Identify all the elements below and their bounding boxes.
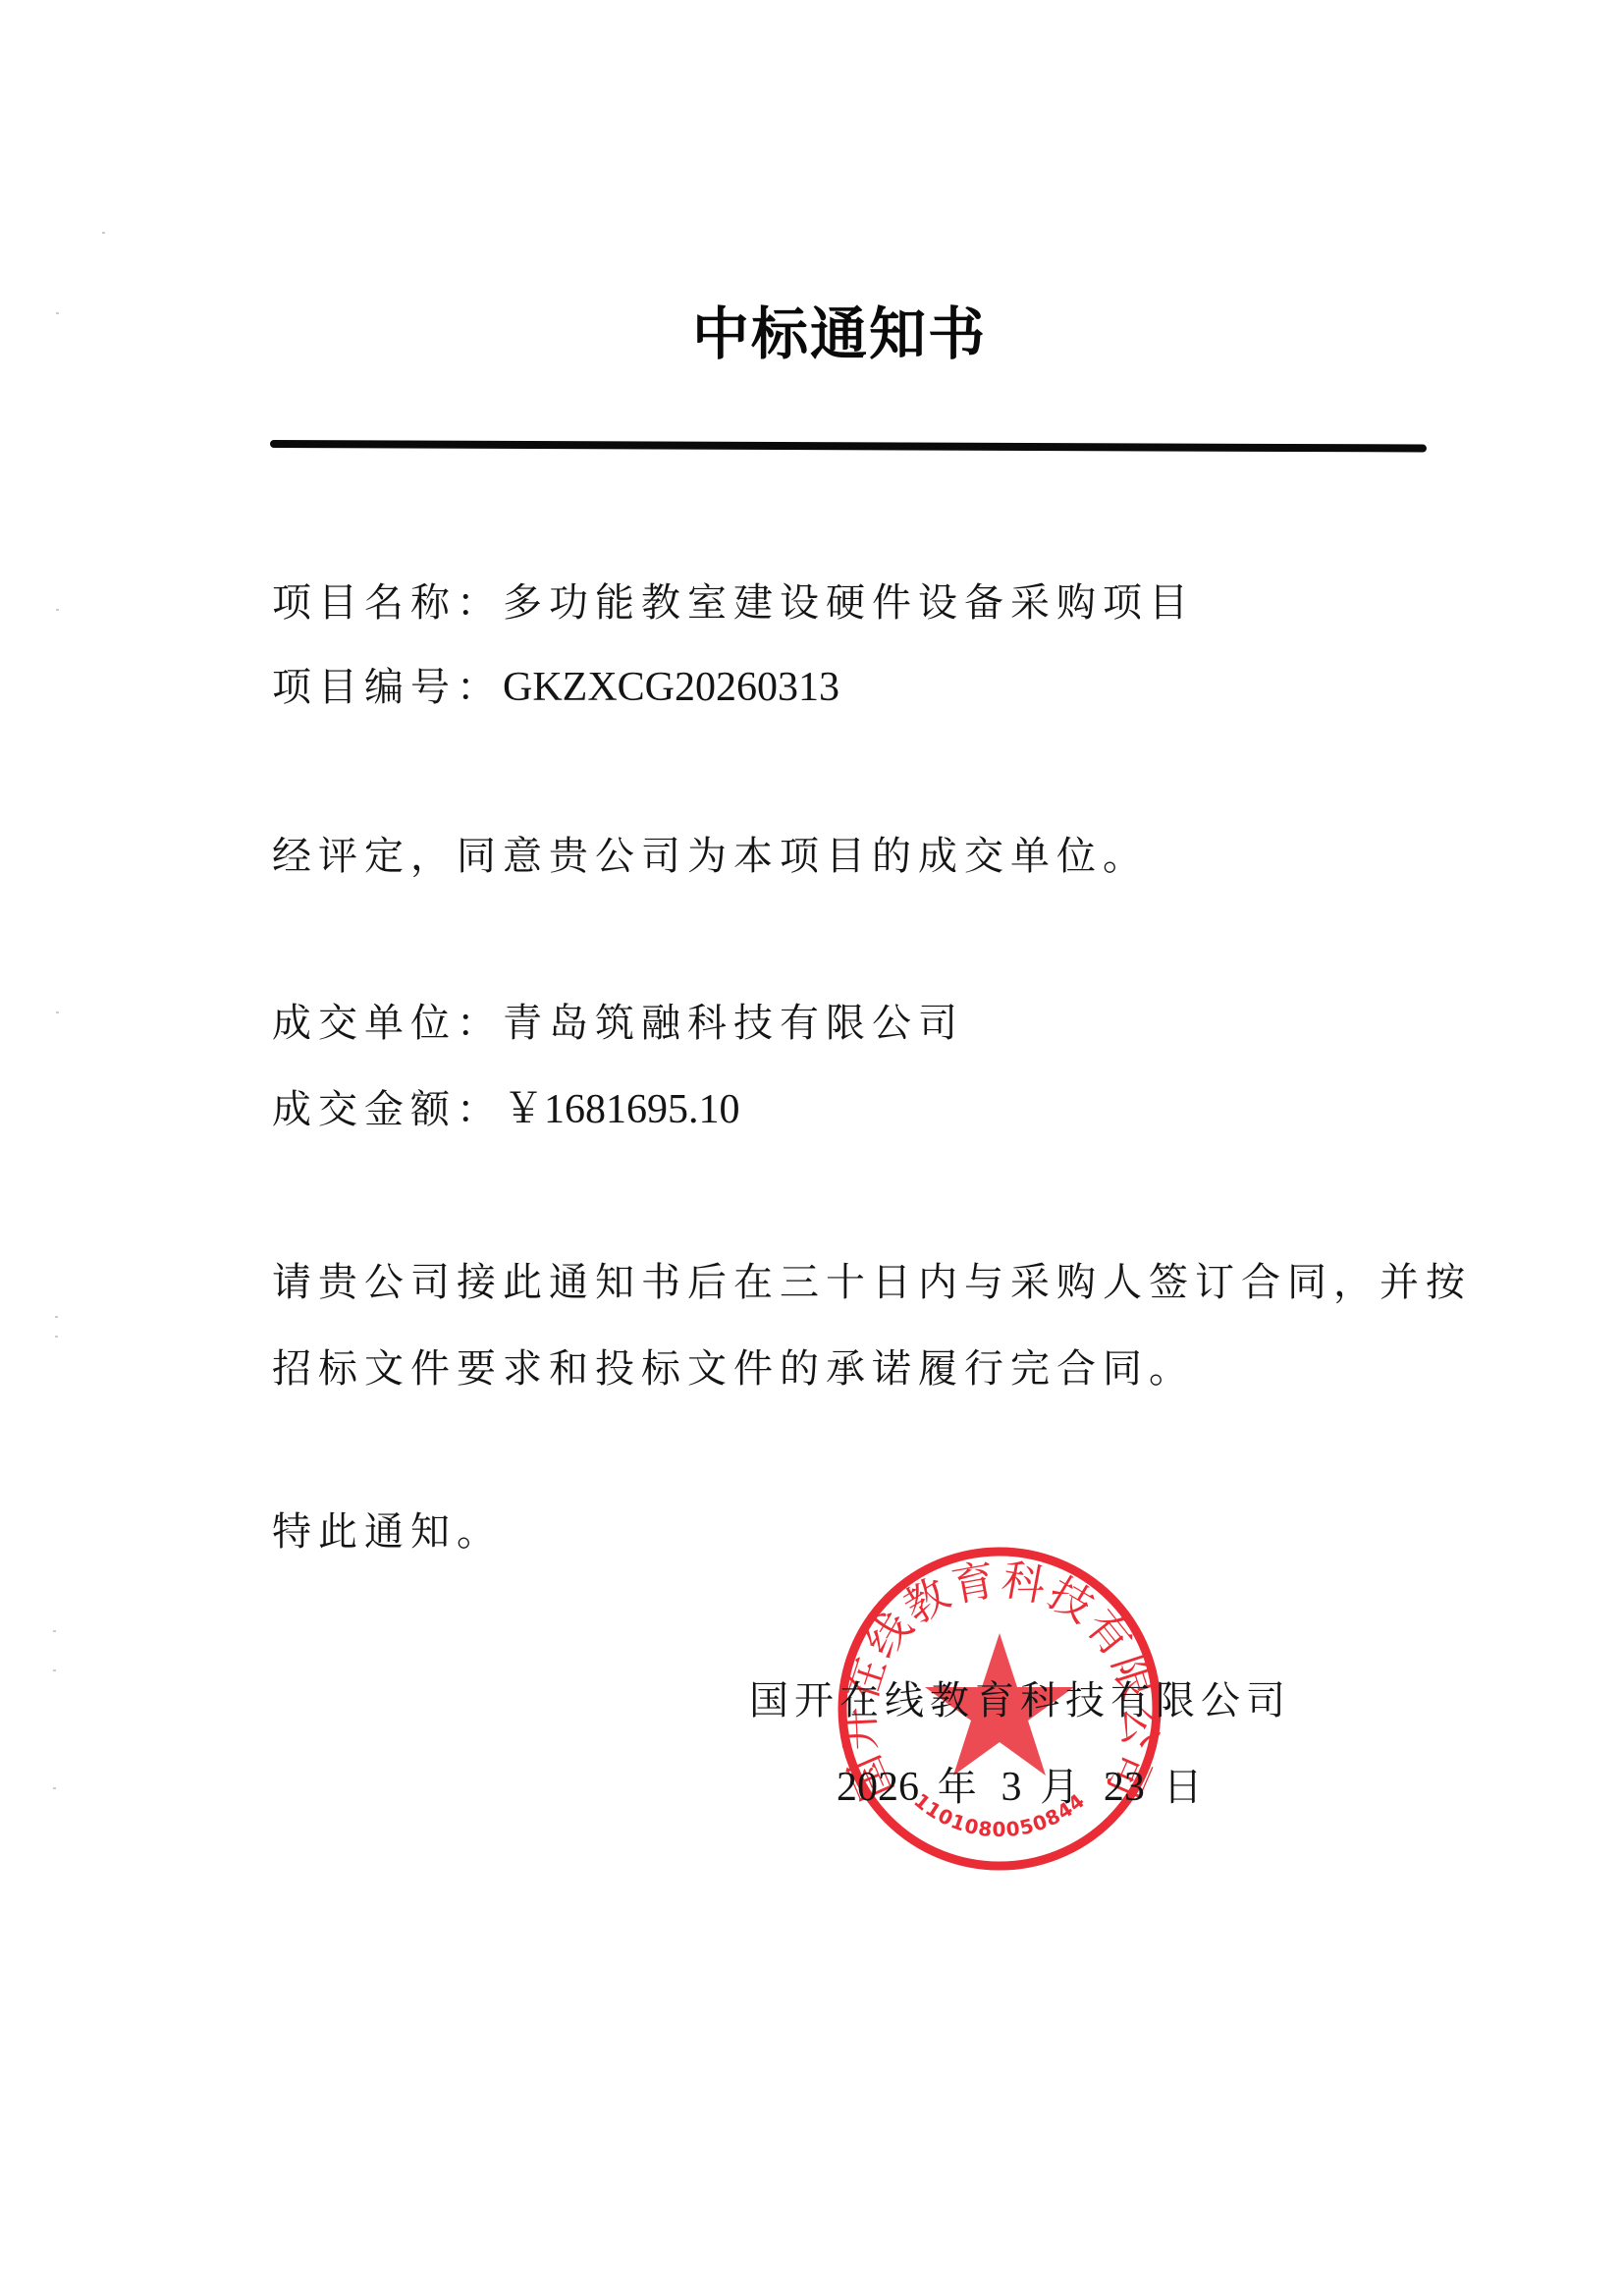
signing-organization: 国开在线教育科技有限公司 (749, 1677, 1291, 1724)
instruction-line-1: 请贵公司接此通知书后在三十日内与采购人签订合同，并按 (272, 1259, 1472, 1306)
amount-label: 成交金额： (272, 1087, 503, 1132)
scan-artifact (56, 609, 59, 611)
signing-date: 2026 年 3 月 23 日 (837, 1764, 1209, 1811)
scan-artifact (55, 1336, 58, 1338)
document-title: 中标通知书 (0, 288, 1623, 370)
scan-artifact (53, 1669, 56, 1671)
scan-artifact (55, 1316, 58, 1318)
date-year: 2026 (837, 1765, 919, 1810)
title-divider (270, 440, 1427, 453)
date-year-unit: 年 (938, 1765, 983, 1810)
date-month: 3 (1001, 1765, 1021, 1810)
project-name-label: 项目名称： (272, 580, 503, 626)
winner-value: 青岛筑融科技有限公司 (503, 1001, 964, 1046)
scan-artifact (53, 1787, 56, 1789)
project-name-row: 项目名称：多功能教室建设硬件设备采购项目 (272, 579, 1195, 627)
scan-artifact (102, 232, 105, 234)
scan-artifact (53, 1630, 56, 1632)
instruction-line-2: 招标文件要求和投标文件的承诺履行完合同。 (272, 1345, 1195, 1393)
document-page: 中标通知书 项目名称：多功能教室建设硬件设备采购项目 项目编号：GKZXCG20… (0, 0, 1623, 2296)
project-number-value: GKZXCG20260313 (503, 665, 839, 710)
project-name-value: 多功能教室建设硬件设备采购项目 (503, 580, 1195, 626)
amount-value: ￥1681695.10 (503, 1087, 740, 1132)
amount-row: 成交金额：￥1681695.10 (272, 1086, 740, 1133)
assessment-statement: 经评定，同意贵公司为本项目的成交单位。 (272, 833, 1149, 880)
scan-artifact (56, 312, 59, 314)
closing-statement: 特此通知。 (272, 1508, 503, 1556)
project-number-label: 项目编号： (272, 665, 503, 710)
scan-artifact (56, 1011, 59, 1013)
project-number-row: 项目编号：GKZXCG20260313 (272, 664, 839, 711)
winner-row: 成交单位：青岛筑融科技有限公司 (272, 1000, 964, 1047)
date-month-unit: 月 (1040, 1765, 1085, 1810)
date-day: 23 (1104, 1765, 1145, 1810)
date-day-unit: 日 (1163, 1765, 1209, 1810)
winner-label: 成交单位： (272, 1001, 503, 1046)
